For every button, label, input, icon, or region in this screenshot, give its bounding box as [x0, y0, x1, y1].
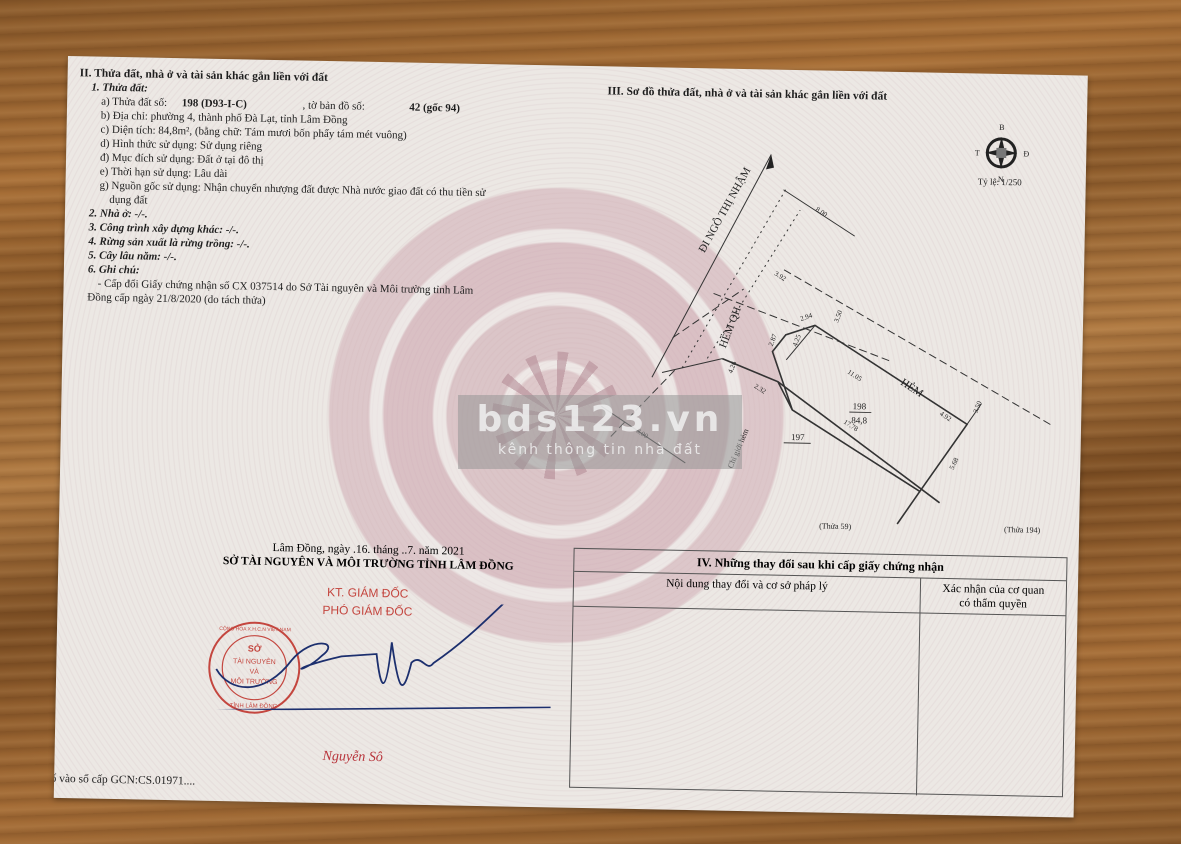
- alley-label: HẺM: [898, 376, 925, 400]
- watermark-tagline: kênh thông tin nhà đất: [458, 441, 742, 459]
- section-2-land-info: II. Thửa đất, nhà ở và tài sản khác gắn …: [75, 66, 488, 312]
- registration-number: Số vào sổ cấp GCN:CS.01971....: [54, 772, 196, 789]
- dim-3-50-top: 3.50: [832, 309, 844, 324]
- site-watermark: bds123.vn kênh thông tin nhà đất: [458, 395, 742, 469]
- dim-2-94: 2.94: [799, 311, 814, 323]
- dim-top-8: 8.00: [814, 205, 829, 219]
- column-authority-line-1: Xác nhận của cơ quan: [921, 581, 1066, 598]
- changes-table: IV. Những thay đổi sau khi cấp giấy chứn…: [569, 548, 1068, 797]
- dim-4-92: 4.92: [938, 410, 953, 424]
- changes-table-body: [570, 607, 1065, 798]
- planned-alley-label: HẺM QH: [717, 305, 744, 350]
- watermark-brand: bds123.vn: [458, 399, 742, 441]
- parcel-number-label: a) Thửa đất số:: [101, 96, 167, 109]
- dim-3-92: 3.92: [773, 270, 788, 284]
- parcel-198-number: 198: [853, 401, 867, 411]
- column-change-content: Nội dung thay đổi và cơ sở pháp lý: [574, 572, 922, 613]
- handwritten-signature: [171, 598, 563, 715]
- dim-3-50-right: 3.50: [972, 399, 984, 414]
- parcel-sketch-diagram: ĐI NGÔ THỊ NHẬM HẺM QH HẺM Chỉ giới hẻm …: [579, 106, 1057, 535]
- dim-4-26: 4.26: [726, 360, 738, 375]
- parcel-194-label: (Thửa 194): [1004, 525, 1041, 535]
- dim-5-68: 5.68: [948, 456, 961, 471]
- dim-2-32: 2.32: [753, 382, 768, 396]
- column-authority-confirmation: Xác nhận của cơ quan có thẩm quyền: [920, 578, 1066, 615]
- parcel-197-number: 197: [791, 432, 805, 442]
- dim-4-25: 4.25: [791, 333, 803, 348]
- column-authority-line-2: có thẩm quyền: [921, 595, 1066, 612]
- signer-name: Nguyễn Sô: [322, 749, 383, 766]
- empty-confirmation-cell: [917, 613, 1065, 798]
- empty-change-cell: [570, 607, 920, 796]
- parcel-59-label: (Thửa 59): [819, 522, 852, 532]
- dim-11-05: 11.05: [846, 368, 864, 383]
- map-sheet-number: 42 (gốc 94): [409, 102, 460, 115]
